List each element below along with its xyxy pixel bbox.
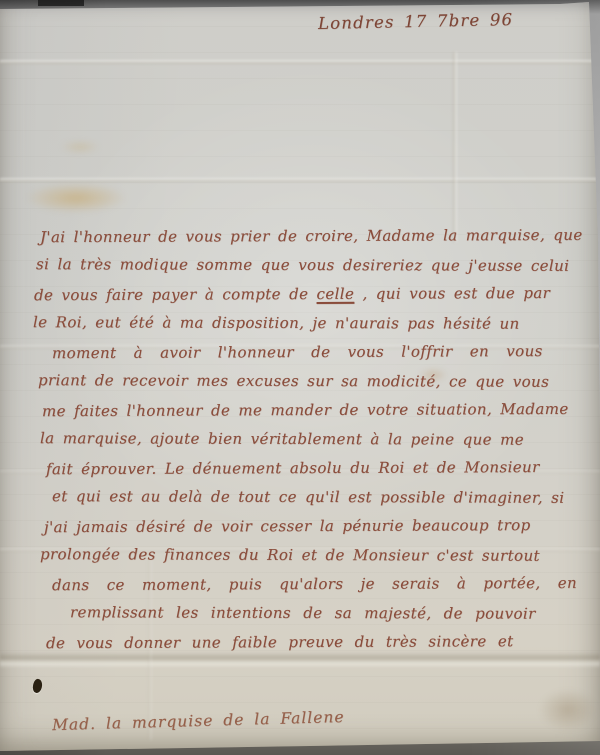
handwritten-line: dans ce moment, puis qu'alors je serais … [52,569,582,600]
paper-hole [31,678,43,694]
letter-body: J'ai l'honneur de vous prier de croire, … [0,222,582,657]
background-shadow [38,0,84,6]
handwritten-line: j'ai jamais désiré de voir cesser la pén… [44,511,582,542]
handwritten-line: le Roi, eut été à ma disposition, je n'a… [33,308,582,339]
line-text: , qui vous est due par [354,284,550,303]
handwritten-line: la marquise, ajoute bien véritablement à… [40,424,582,455]
letter-paper: Londres 17 7bre 96 J'ai l'honneur de vou… [0,0,600,755]
handwritten-line: remplissant les intentions de sa majesté… [70,598,582,629]
handwritten-line: de vous faire payer à compte de celle , … [34,279,582,310]
address-annotation: Mad. la marquise de la Fallene [52,708,345,734]
fold-crease-vertical [453,52,457,242]
handwritten-line: fait éprouver. Le dénuement absolu du Ro… [46,453,582,484]
fold-crease-horizontal [0,178,600,182]
handwritten-line: et qui est au delà de tout ce qu'il est … [52,482,582,513]
paper-stain [26,183,126,213]
handwritten-line: me faites l'honneur de me mander de votr… [42,395,582,426]
handwritten-line: si la très modique somme que vous desire… [36,250,582,281]
paper-stain [60,140,100,154]
photograph-of-letter: Londres 17 7bre 96 J'ai l'honneur de vou… [0,0,600,755]
handwritten-line: J'ai l'honneur de vous prier de croire, … [40,221,582,252]
handwritten-line: de vous donner une faible preuve du très… [46,627,582,658]
handwritten-line: moment à avoir l'honneur de vous l'offri… [52,337,582,368]
underlined-word: celle [316,285,354,303]
dateline-handwriting: Londres 17 7bre 96 [318,10,514,33]
handwritten-line: priant de recevoir mes excuses sur sa mo… [38,366,582,397]
line-text: de vous faire payer à compte de [34,285,317,304]
handwritten-line: prolongée des finances du Roi et de Mons… [40,540,582,571]
paper-stain [540,690,596,730]
fold-crease-horizontal [0,60,600,64]
